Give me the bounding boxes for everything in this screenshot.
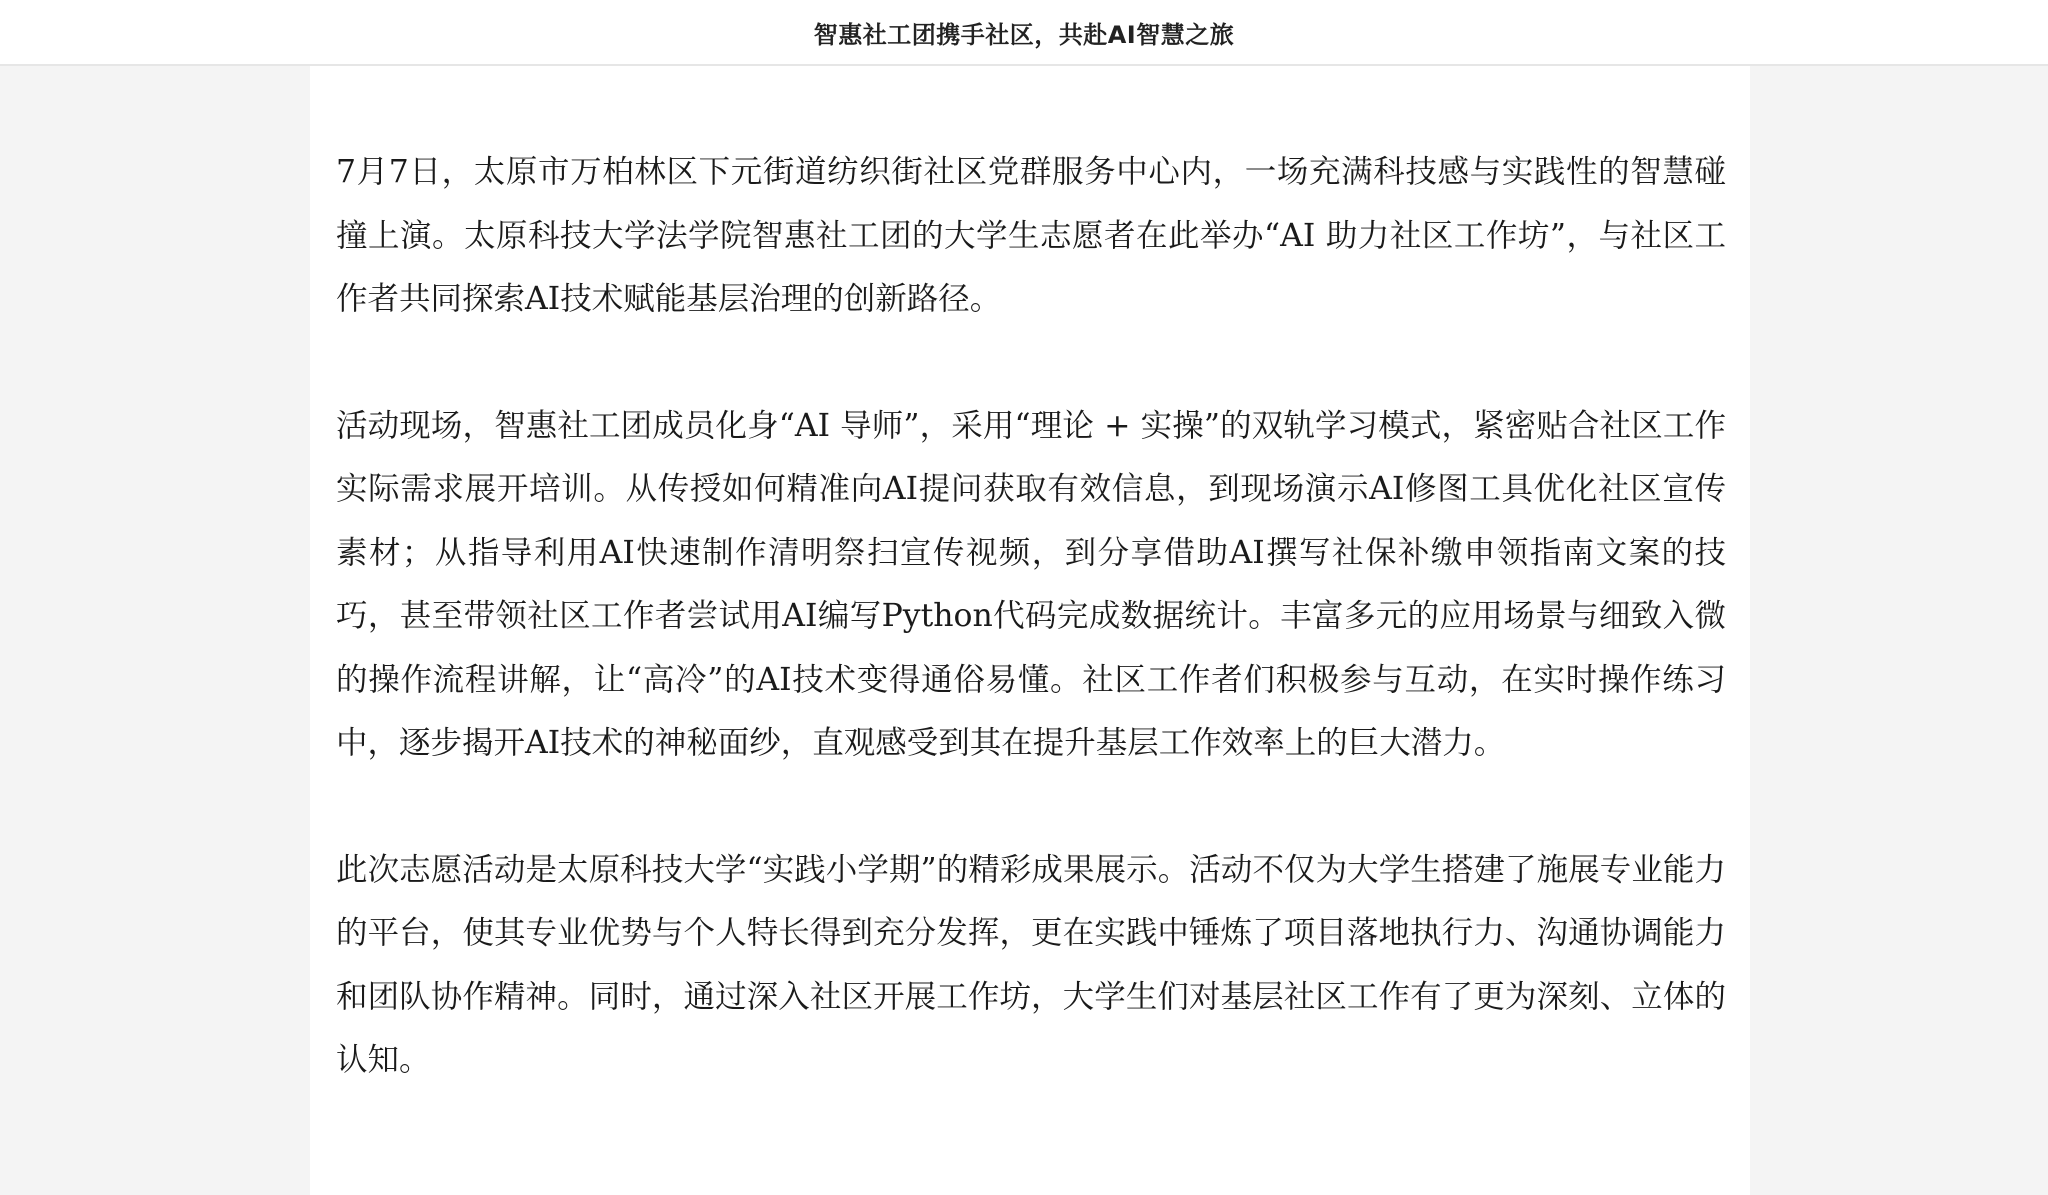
article-paragraph-1: 7月7日，太原市万柏林区下元街道纺织街社区党群服务中心内，一场充满科技感与实践性… — [336, 141, 1726, 332]
page-title: 智惠社工团携手社区，共赴AI智慧之旅 — [814, 15, 1235, 50]
article-paragraph-2: 活动现场，智惠社工团成员化身“AI 导师”，采用“理论 + 实操”的双轨学习模式… — [336, 395, 1726, 776]
article-body: 7月7日，太原市万柏林区下元街道纺织街社区党群服务中心内，一场充满科技感与实践性… — [336, 141, 1726, 1156]
article-paragraph-3: 此次志愿活动是太原科技大学“实践小学期”的精彩成果展示。活动不仅为大学生搭建了施… — [336, 839, 1726, 1093]
top-bar: 智惠社工团携手社区，共赴AI智慧之旅 — [0, 0, 2048, 66]
article-container: 7月7日，太原市万柏林区下元街道纺织街社区党群服务中心内，一场充满科技感与实践性… — [310, 66, 1750, 1195]
